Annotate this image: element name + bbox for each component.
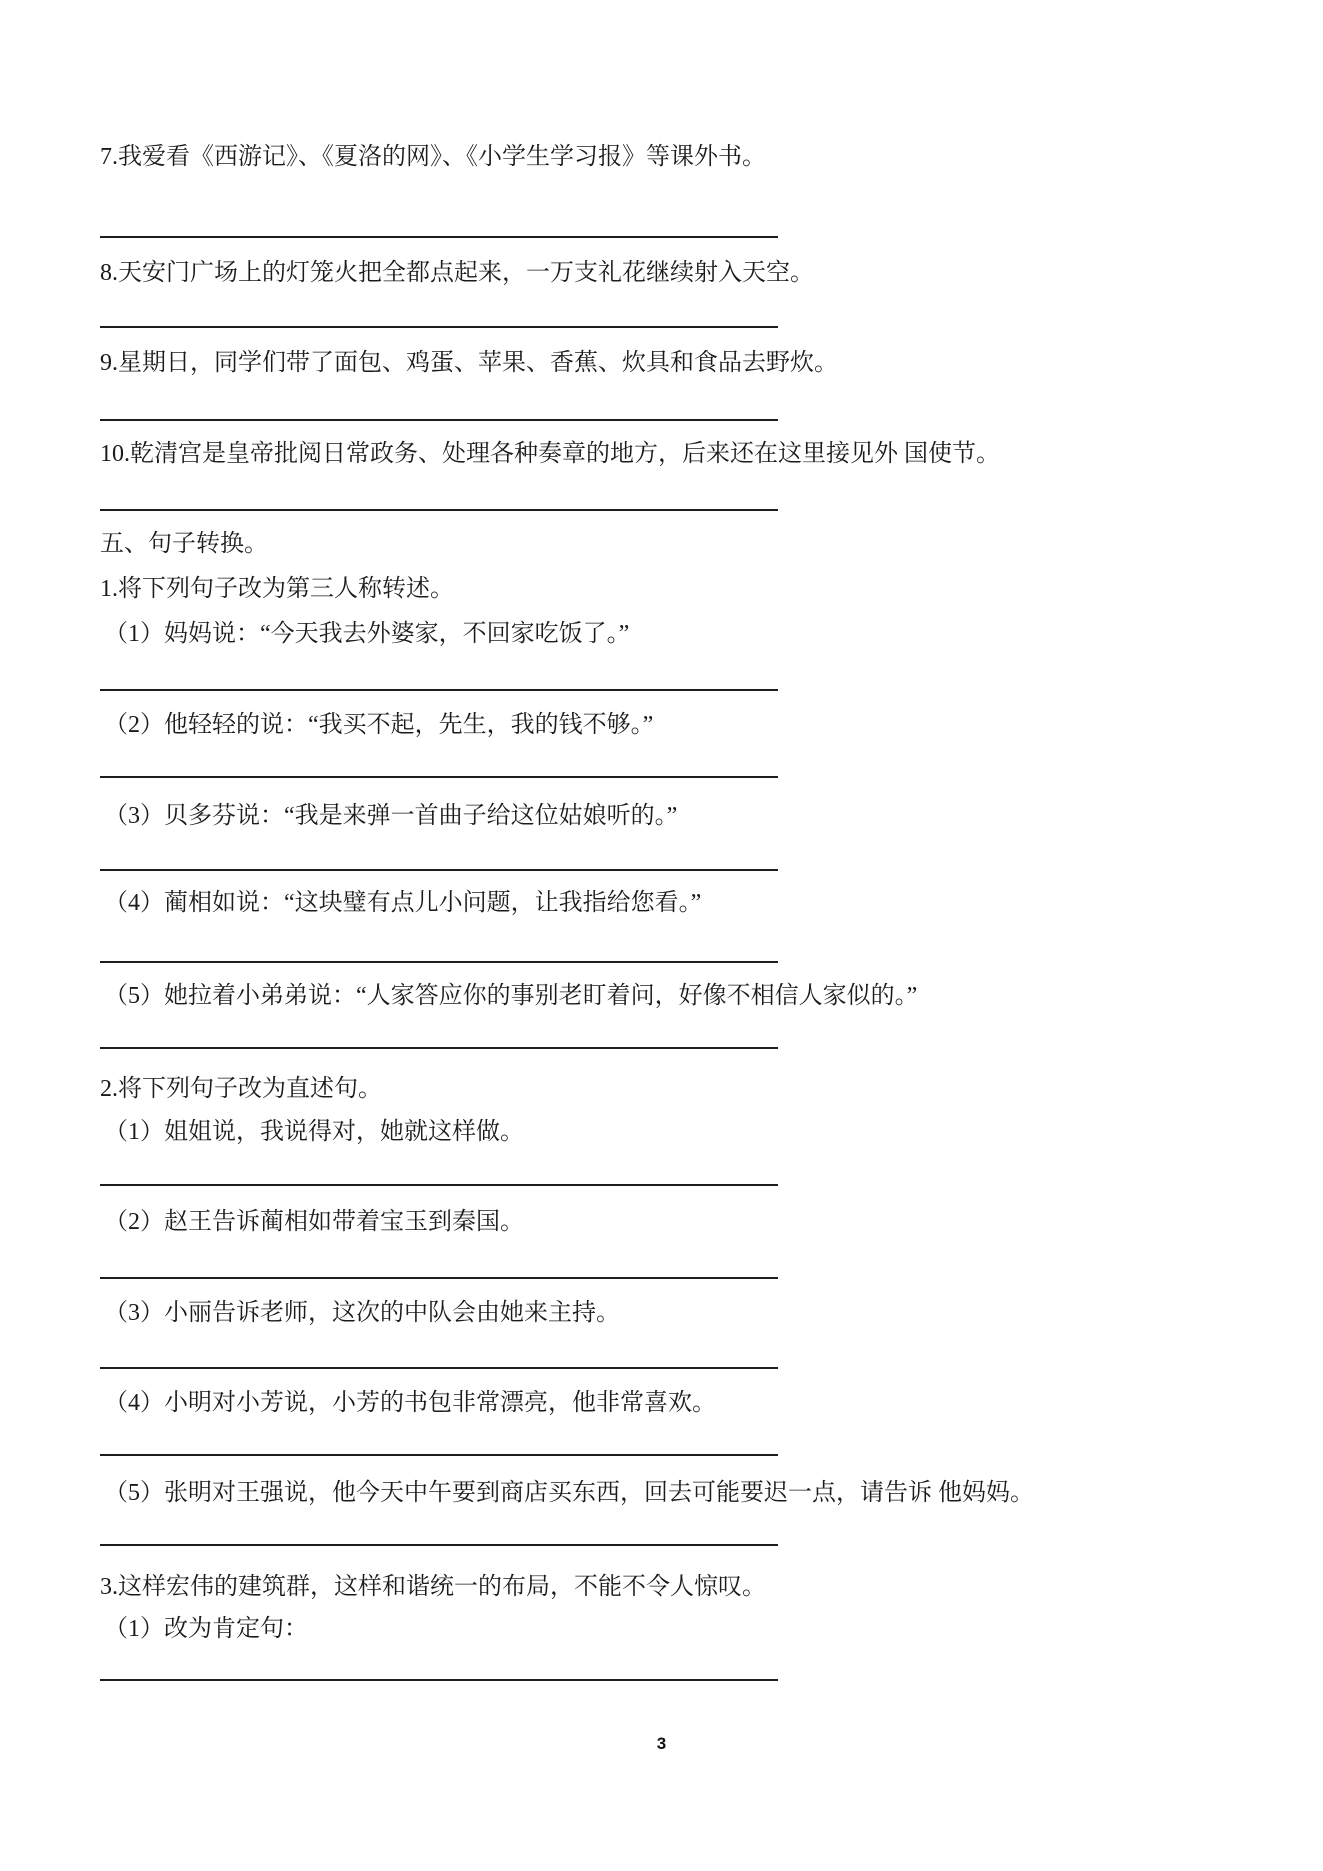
answer-blank-line xyxy=(100,509,778,511)
question-item-7: 7.我爱看《西游记》、《夏洛的网》、《小学生学习报》等课外书。 xyxy=(100,140,766,174)
answer-blank-line xyxy=(100,869,778,871)
answer-blank-line xyxy=(100,1454,778,1456)
q2-title: 2.将下列句子改为直述句。 xyxy=(100,1072,382,1106)
q1-item-4: （4）蔺相如说：“这块璧有点儿小问题，让我指给您看。” xyxy=(104,886,701,920)
q2-item-1: （1）姐姐说，我说得对，她就这样做。 xyxy=(104,1115,524,1149)
answer-blank-line xyxy=(100,326,778,328)
answer-blank-line xyxy=(100,1679,778,1681)
q2-item-4: （4）小明对小芳说，小芳的书包非常漂亮，他非常喜欢。 xyxy=(104,1386,716,1420)
answer-blank-line xyxy=(100,1277,778,1279)
q3-sub-item: （1）改为肯定句： xyxy=(104,1612,308,1646)
answer-blank-line xyxy=(100,689,778,691)
q1-item-5: （5）她拉着小弟弟说：“人家答应你的事别老盯着问，好像不相信人家似的。” xyxy=(104,979,917,1013)
q2-item-2: （2）赵王告诉蔺相如带着宝玉到秦国。 xyxy=(104,1205,524,1239)
question-item-8: 8.天安门广场上的灯笼火把全都点起来，一万支礼花继续射入天空。 xyxy=(100,256,814,290)
answer-blank-line xyxy=(100,419,778,421)
answer-blank-line xyxy=(100,776,778,778)
q1-item-3: （3）贝多芬说：“我是来弹一首曲子给这位姑娘听的。” xyxy=(104,799,677,833)
q1-title: 1.将下列句子改为第三人称转述。 xyxy=(100,572,454,606)
q1-item-1: （1）妈妈说：“今天我去外婆家，不回家吃饭了。” xyxy=(104,617,629,651)
answer-blank-line xyxy=(100,1544,778,1546)
q1-item-2: （2）他轻轻的说：“我买不起，先生，我的钱不够。” xyxy=(104,708,653,742)
question-item-10: 10.乾清宫是皇帝批阅日常政务、处理各种奏章的地方，后来还在这里接见外 国使节。 xyxy=(100,437,1000,471)
q2-item-5: （5）张明对王强说，他今天中午要到商店买东西，回去可能要迟一点，请告诉 他妈妈。 xyxy=(104,1476,1034,1510)
q2-item-3: （3）小丽告诉老师，这次的中队会由她来主持。 xyxy=(104,1296,620,1330)
section-heading: 五、句子转换。 xyxy=(100,527,268,561)
answer-blank-line xyxy=(100,1047,778,1049)
page-number: 3 xyxy=(0,1734,1323,1754)
answer-blank-line xyxy=(100,1367,778,1369)
q3-title: 3.这样宏伟的建筑群，这样和谐统一的布局，不能不令人惊叹。 xyxy=(100,1570,766,1604)
answer-blank-line xyxy=(100,1184,778,1186)
answer-blank-line xyxy=(100,961,778,963)
question-item-9: 9.星期日，同学们带了面包、鸡蛋、苹果、香蕉、炊具和食品去野炊。 xyxy=(100,346,838,380)
answer-blank-line xyxy=(100,236,778,238)
worksheet-page: 7.我爱看《西游记》、《夏洛的网》、《小学生学习报》等课外书。 8.天安门广场上… xyxy=(0,0,1323,1871)
